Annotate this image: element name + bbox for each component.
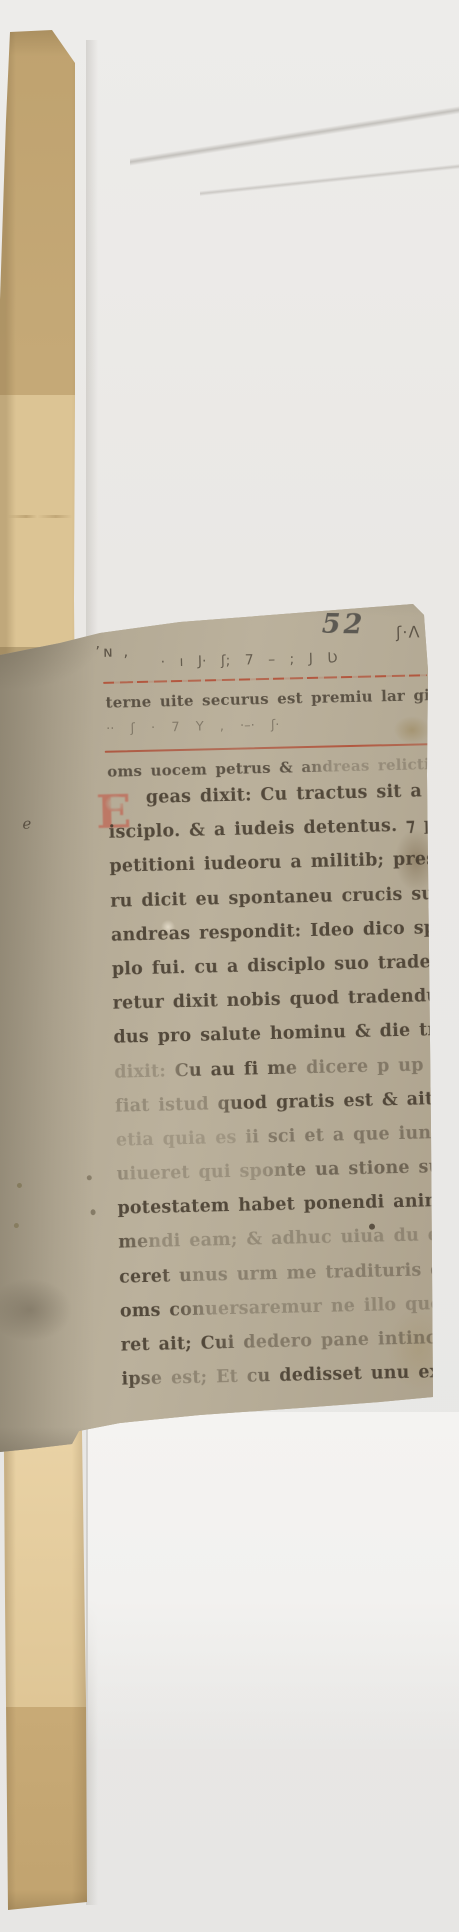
manuscript-text-block: geas dixit: Cu tractus sit a isciplo. & … — [0, 781, 446, 1406]
backing-sheet — [88, 1412, 459, 1752]
photo-of-manuscript: { "photo": { "description": "Photograph … — [0, 0, 459, 1932]
red-staff-line — [103, 674, 427, 684]
backing-paper-crease — [130, 96, 459, 176]
red-staff-line — [105, 743, 435, 753]
folio-number: 52 — [322, 609, 366, 640]
neume-marks: ʼɴ , — [95, 642, 131, 661]
parchment-leaf: 52 ʼɴ , · ı J· ʃ; 7 – ; J Ʋ ʃ·Λ terne ui… — [0, 575, 436, 1455]
manuscript-content: 52 ʼɴ , · ı J· ʃ; 7 – ; J Ʋ ʃ·Λ terne ui… — [0, 567, 447, 1457]
chant-text-line: oms uocem petrus & andreas relictis reti… — [107, 754, 459, 781]
chant-text-line: terne uite securus est premiu lar gi ro — [105, 686, 457, 712]
neume-marks: ·· ʃ · 7 Y , ·–· ʃ· — [106, 718, 280, 737]
neume-marks: · ı J· ʃ; 7 – ; J Ʋ — [160, 650, 337, 670]
backing-paper-crease — [200, 150, 459, 210]
neume-marks: ʃ·Λ — [396, 622, 421, 642]
